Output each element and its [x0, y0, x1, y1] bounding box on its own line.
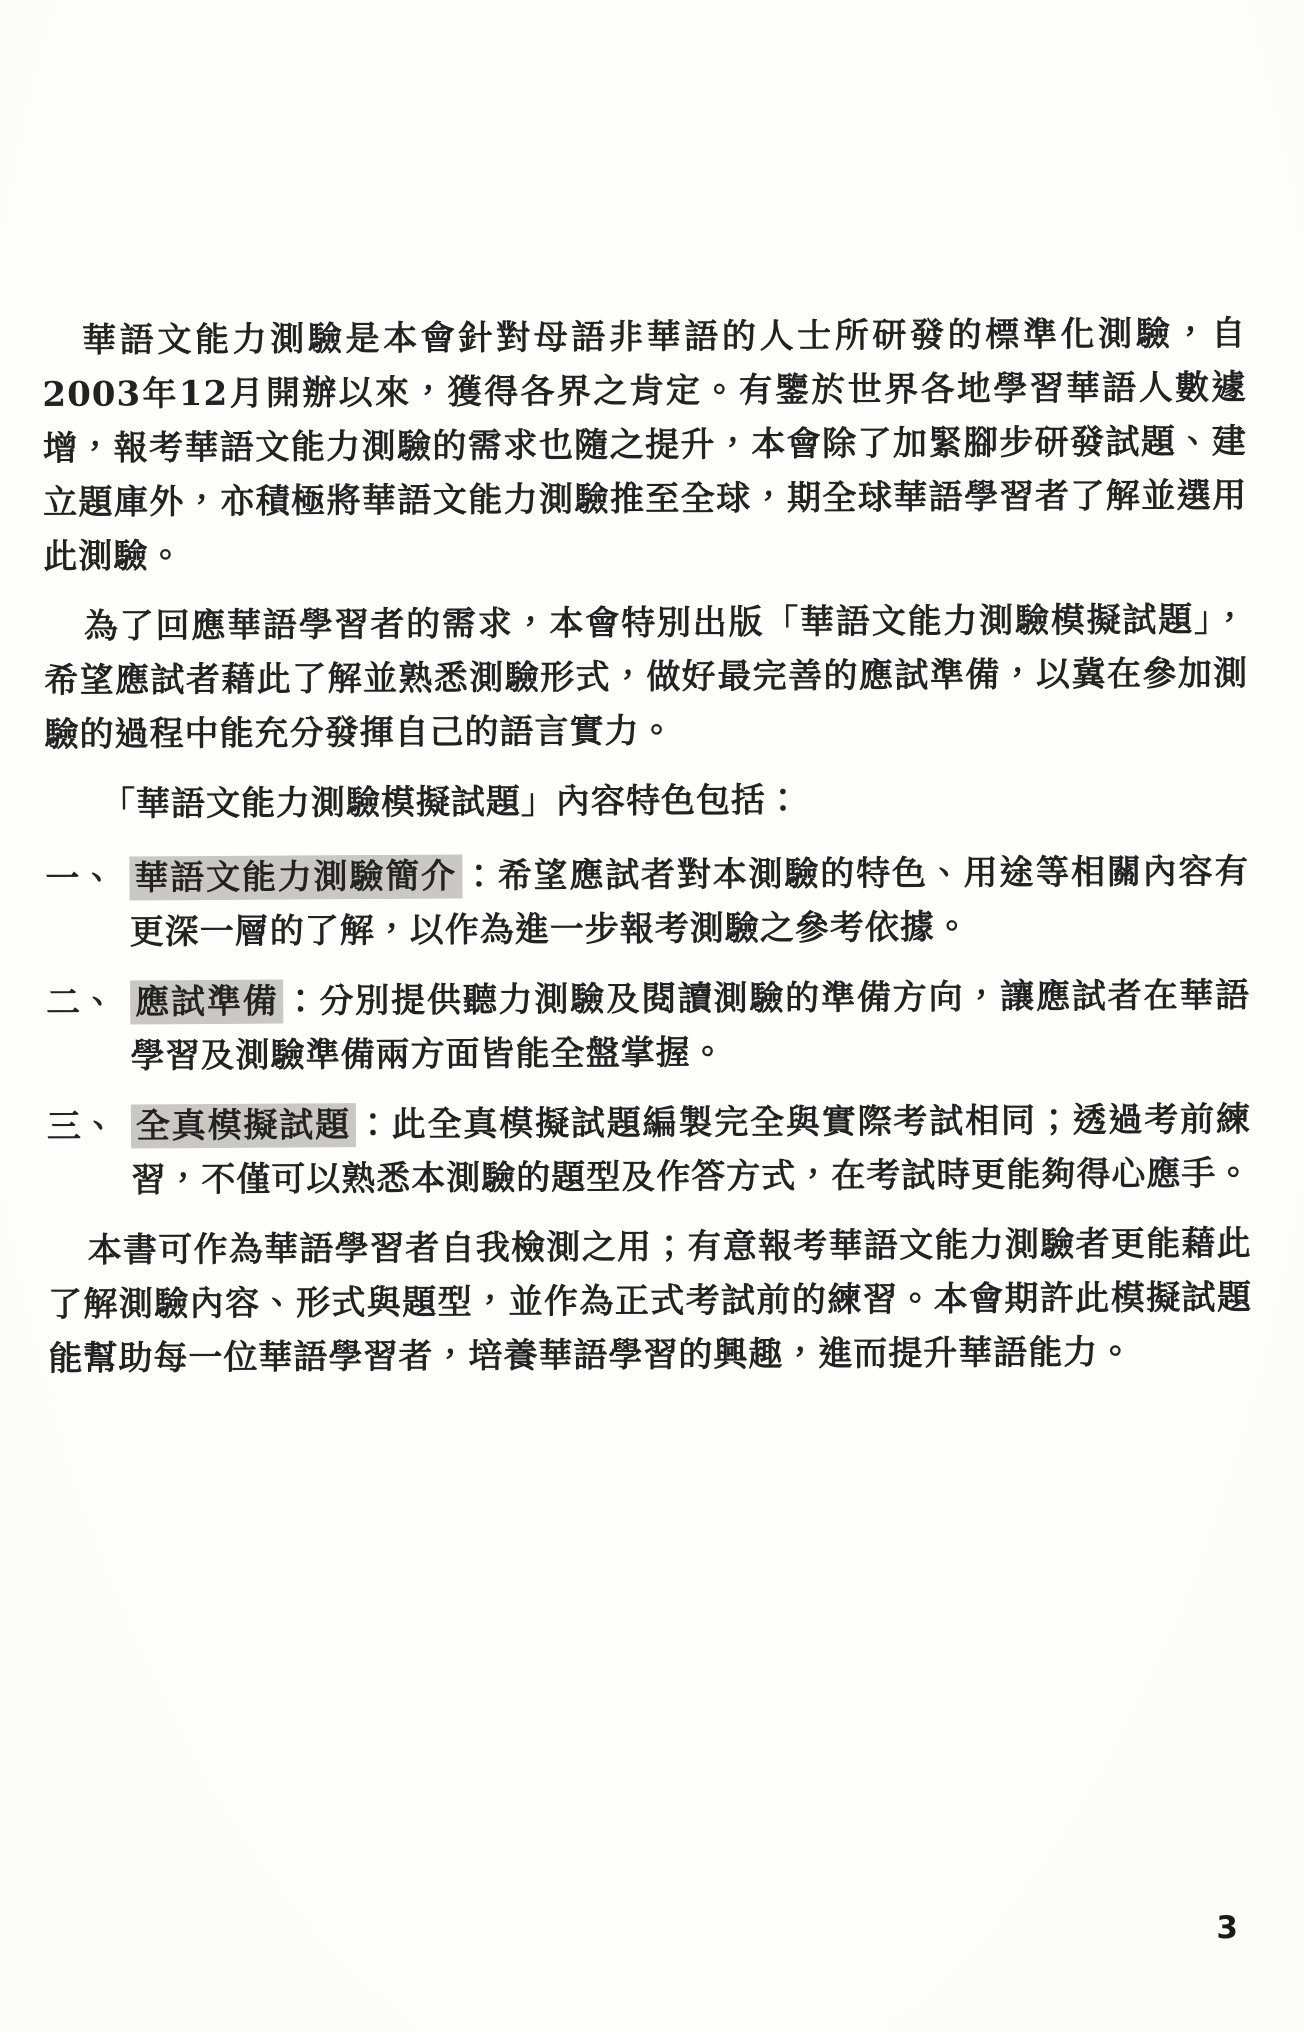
feature-item-3: 三、 全真模擬試題：此全真模擬試題編製完全與實際考試相同；透過考前練習，不僅可以…: [47, 1093, 1252, 1208]
feature-1-separator: ：: [462, 856, 498, 896]
feature-item-1: 一、 華語文能力測驗簡介：希望應試者對本測驗的特色、用途等相關內容有更深一層的了…: [45, 845, 1250, 960]
feature-2-body: 應試準備：分別提供聽力測驗及閱讀測驗的準備方向，讓應試者在華語學習及測驗準備兩方…: [130, 969, 1251, 1084]
paragraph-closing: 本書可作為華語學習者自我檢測之用；有意報考華語文能力測驗者更能藉此了解測驗內容、…: [48, 1217, 1253, 1386]
page-number: 3: [1216, 1910, 1238, 1946]
feature-2-marker: 二、: [46, 975, 131, 1084]
page-content: 華語文能力測驗是本會針對母語非華語的人士所研發的標準化測驗，自2003年12月開…: [42, 307, 1253, 1402]
feature-1-marker: 一、: [45, 851, 130, 960]
features-heading: 「華語文能力測驗模擬試題」內容特色包括：: [45, 771, 1249, 832]
feature-2-separator: ：: [283, 981, 319, 1021]
feature-item-2: 二、 應試準備：分別提供聽力測驗及閱讀測驗的準備方向，讓應試者在華語學習及測驗準…: [46, 969, 1251, 1084]
feature-3-body: 全真模擬試題：此全真模擬試題編製完全與實際考試相同；透過考前練習，不僅可以熟悉本…: [131, 1093, 1252, 1208]
feature-2-term-highlighted: 應試準備: [130, 980, 284, 1025]
feature-3-term-highlighted: 全真模擬試題: [131, 1103, 356, 1148]
feature-1-term-highlighted: 華語文能力測驗簡介: [129, 854, 462, 900]
paragraph-purpose: 為了回應華語學習者的需求，本會特別出版「華語文能力測驗模擬試題」，希望應試者藉此…: [44, 593, 1249, 762]
feature-3-marker: 三、: [47, 1099, 132, 1208]
paragraph-intro: 華語文能力測驗是本會針對母語非華語的人士所研發的標準化測驗，自2003年12月開…: [42, 307, 1248, 584]
feature-3-separator: ：: [356, 1105, 392, 1145]
scanned-page: 華語文能力測驗是本會針對母語非華語的人士所研發的標準化測驗，自2003年12月開…: [0, 0, 1304, 2032]
feature-1-body: 華語文能力測驗簡介：希望應試者對本測驗的特色、用途等相關內容有更深一層的了解，以…: [129, 845, 1250, 960]
